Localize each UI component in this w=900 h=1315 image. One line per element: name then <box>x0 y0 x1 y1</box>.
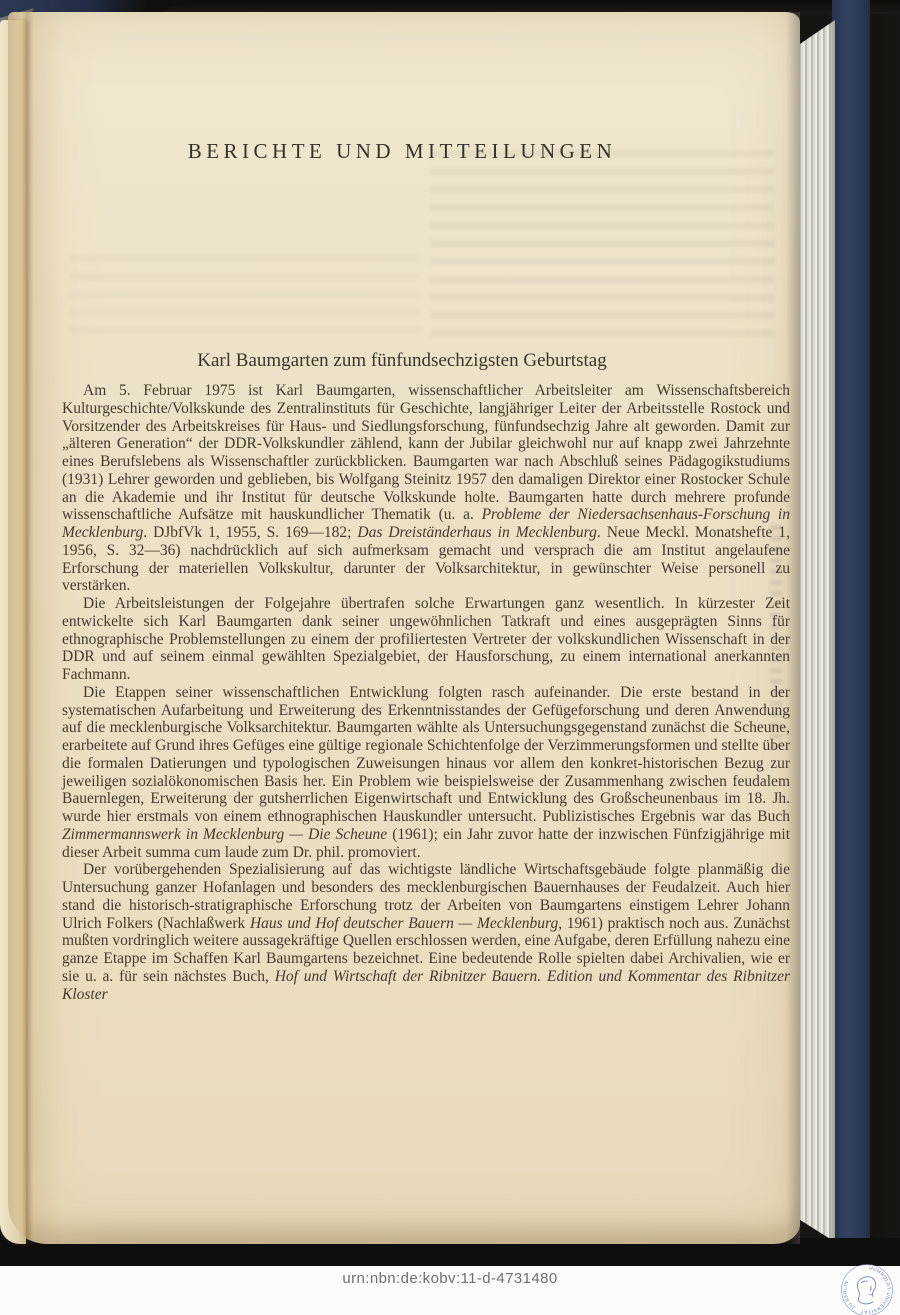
paragraph: Der vorübergehenden Spezialisierung auf … <box>62 861 790 1003</box>
page-header-title: BERICHTE UND MITTEILUNGEN <box>62 139 742 164</box>
urn-identifier: urn:nbn:de:kobv:11-d-4731480 <box>0 1270 900 1287</box>
humboldt-university-seal-icon: HUMBOLDT-UNIVERSITÄT · ZU BERLIN · <box>840 1263 894 1315</box>
article-body: Am 5. Februar 1975 ist Karl Baumgarten, … <box>62 382 790 1003</box>
page-edge-stack <box>797 12 835 1252</box>
book-cover-right <box>832 0 870 1268</box>
ink-bleed-through <box>70 255 420 340</box>
article-title: Karl Baumgarten zum fünfundsechzigsten G… <box>62 350 742 372</box>
paragraph: Am 5. Februar 1975 ist Karl Baumgarten, … <box>62 382 790 595</box>
paragraph: Die Arbeitsleistungen der Folgejahre übe… <box>62 595 790 684</box>
ink-bleed-through <box>430 150 775 340</box>
book-scan-viewer: BERICHTE UND MITTEILUNGEN Karl Baumgarte… <box>0 0 900 1315</box>
paragraph: Die Etappen seiner wissenschaftlichen En… <box>62 684 790 862</box>
scan-footer-bar: urn:nbn:de:kobv:11-d-4731480 <box>0 1266 900 1315</box>
